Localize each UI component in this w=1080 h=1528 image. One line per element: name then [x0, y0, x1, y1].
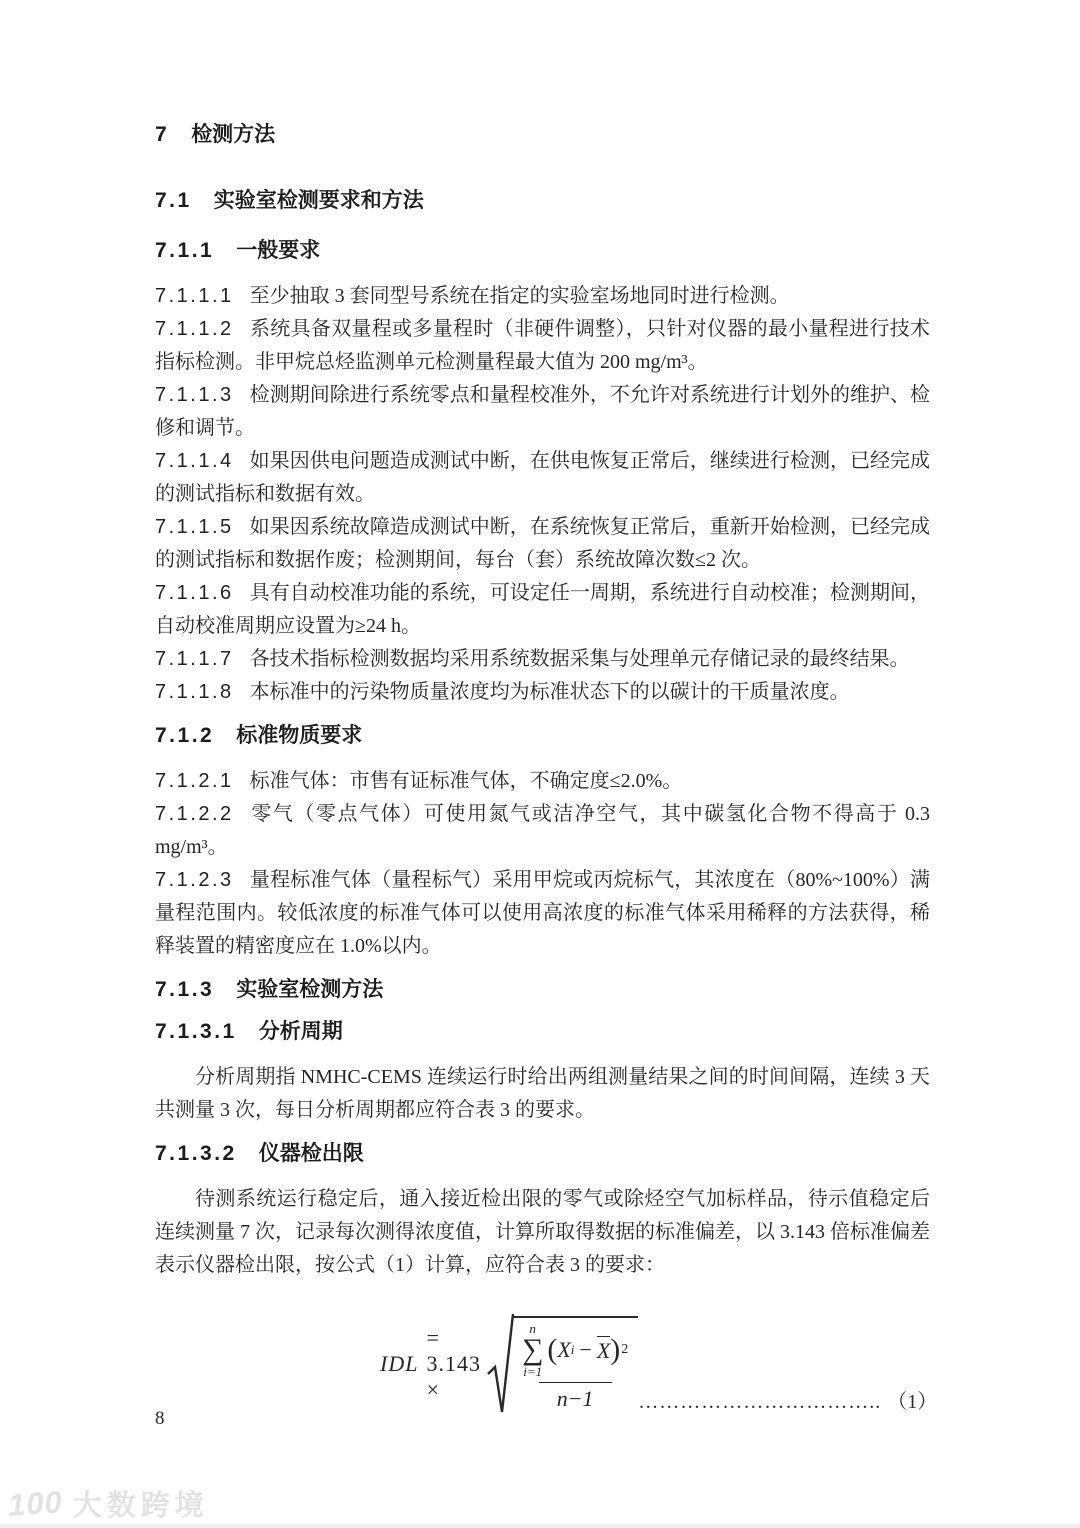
section-heading-7-1-3-2: 7.1.3.2仪器检出限: [155, 1141, 930, 1167]
heading-number: 7.1.2: [155, 724, 214, 747]
heading-title: 实验室检测方法: [236, 978, 383, 1001]
dot-leader: ……………………………..: [638, 1388, 881, 1416]
clause-text: 检测期间除进行系统零点和量程校准外，不允许对系统进行计划外的维护、检修和调节。: [155, 384, 930, 439]
clause-number: 7.1.1.1: [155, 285, 234, 307]
clause-text: 如果因供电问题造成测试中断，在供电恢复正常后，继续进行检测，已经完成的测试指标和…: [155, 450, 930, 505]
idl-formula: IDL = 3.143 × n ∑ i=1 (Xi−X)2: [380, 1312, 638, 1416]
section-heading-7: 7检测方法: [155, 122, 930, 148]
clause-number: 7.1.2.1: [155, 770, 234, 792]
clause-text: 本标准中的污染物质量浓度均为标准状态下的以碳计的干质量浓度。: [250, 681, 850, 703]
section-heading-7-1-2: 7.1.2标准物质要求: [155, 723, 930, 749]
clause-7-1-1-6: 7.1.1.6具有自动校准功能的系统，可设定任一周期，系统进行自动校准；检测期间…: [155, 577, 930, 643]
clause-text: 各技术指标检测数据均采用系统数据采集与处理单元存储记录的最终结果。: [250, 648, 910, 670]
exponent-2: 2: [621, 1342, 628, 1358]
clause-number: 7.1.1.5: [155, 516, 234, 538]
document-content: 7检测方法 7.1实验室检测要求和方法 7.1.1一般要求 7.1.1.1至少抽…: [155, 122, 930, 1416]
clause-7-1-2-3: 7.1.2.3量程标准气体（量程标气）采用甲烷或丙烷标气，其浓度在（80%~10…: [155, 864, 930, 963]
watermark-text: 大数跨境: [73, 1483, 209, 1524]
watermark: 100 大数跨境: [8, 1483, 209, 1524]
clause-7-1-1-1: 7.1.1.1至少抽取 3 套同型号系统在指定的实验室场地同时进行检测。: [155, 280, 930, 313]
fraction-denominator: n−1: [539, 1382, 612, 1412]
clause-7-1-2-2: 7.1.2.2零气（零点气体）可使用氮气或洁净空气，其中碳氢化合物不得高于 0.…: [155, 798, 930, 864]
heading-title: 一般要求: [236, 239, 320, 262]
heading-number: 7.1.3: [155, 978, 214, 1001]
paragraph-text: 待测系统运行稳定后，通入接近检出限的零气或除烃空气加标样品，待示值稳定后连续测量…: [155, 1188, 930, 1276]
section-heading-7-1: 7.1实验室检测要求和方法: [155, 188, 930, 214]
heading-number: 7.1.1: [155, 239, 214, 262]
section-heading-7-1-1: 7.1.1一般要求: [155, 238, 930, 264]
clause-text: 具有自动校准功能的系统，可设定任一周期，系统进行自动校准；检测期间，自动校准周期…: [155, 582, 930, 637]
formula-lhs: IDL: [380, 1351, 418, 1377]
clause-7-1-1-5: 7.1.1.5如果因系统故障造成测试中断，在系统恢复正常后，重新开始检测，已经完…: [155, 511, 930, 577]
clause-number: 7.1.1.3: [155, 384, 234, 406]
clause-7-1-1-4: 7.1.1.4如果因供电问题造成测试中断，在供电恢复正常后，继续进行检测，已经完…: [155, 445, 930, 511]
equation-1-row: IDL = 3.143 × n ∑ i=1 (Xi−X)2: [155, 1298, 930, 1416]
heading-title: 检测方法: [191, 123, 275, 146]
fraction-numerator: n ∑ i=1 (Xi−X)2: [522, 1322, 628, 1379]
clause-number: 7.1.2.3: [155, 869, 234, 891]
sum-lower-limit: i=1: [523, 1365, 542, 1378]
summation: n ∑ i=1: [522, 1322, 543, 1379]
clause-number: 7.1.1.6: [155, 582, 234, 604]
paragraph-text: 分析周期指 NMHC-CEMS 连续运行时给出两组测量结果之间的时间间隔，连续 …: [155, 1066, 930, 1121]
subscript-i: i: [571, 1342, 575, 1358]
sigma-icon: ∑: [522, 1336, 543, 1365]
heading-number: 7.1: [155, 189, 192, 212]
clause-number: 7.1.1.2: [155, 318, 234, 340]
minus-sign: −: [579, 1337, 591, 1363]
mean-x-bar: X: [597, 1336, 610, 1364]
heading-title: 实验室检测要求和方法: [214, 189, 424, 212]
clause-text: 标准气体：市售有证标准气体，不确定度≤2.0%。: [250, 770, 683, 792]
radical-sign-icon: [487, 1312, 514, 1416]
clause-7-1-1-3: 7.1.1.3检测期间除进行系统零点和量程校准外，不允许对系统进行计划外的维护、…: [155, 379, 930, 445]
section-heading-7-1-3-1: 7.1.3.1分析周期: [155, 1019, 930, 1045]
formula-equals: = 3.143 ×: [426, 1325, 481, 1403]
clause-7-1-1-7: 7.1.1.7各技术指标检测数据均采用系统数据采集与处理单元存储记录的最终结果。: [155, 643, 930, 676]
clause-text: 零气（零点气体）可使用氮气或洁净空气，其中碳氢化合物不得高于 0.3 mg/m³…: [155, 803, 930, 858]
clause-text: 至少抽取 3 套同型号系统在指定的实验室场地同时进行检测。: [250, 285, 790, 307]
clause-number: 7.1.1.4: [155, 450, 234, 472]
open-paren: (: [547, 1335, 557, 1365]
clause-number: 7.1.2.2: [155, 803, 234, 825]
paragraph-detection-limit: 待测系统运行稳定后，通入接近检出限的零气或除烃空气加标样品，待示值稳定后连续测量…: [155, 1183, 930, 1282]
equation-number: （1）: [887, 1388, 937, 1416]
close-paren: ): [610, 1335, 620, 1365]
clause-7-1-1-8: 7.1.1.8本标准中的污染物质量浓度均为标准状态下的以碳计的干质量浓度。: [155, 676, 930, 709]
clause-text: 系统具备双量程或多量程时（非硬件调整），只针对仪器的最小量程进行技术指标检测。非…: [155, 318, 930, 373]
radicand: n ∑ i=1 (Xi−X)2 n−1: [512, 1316, 638, 1413]
variable-x: X: [557, 1337, 570, 1363]
paragraph-analysis-cycle: 分析周期指 NMHC-CEMS 连续运行时给出两组测量结果之间的时间间隔，连续 …: [155, 1061, 930, 1127]
heading-title: 标准物质要求: [236, 724, 362, 747]
clause-text: 如果因系统故障造成测试中断，在系统恢复正常后，重新开始检测，已经完成的测试指标和…: [155, 516, 930, 571]
clause-text: 量程标准气体（量程标气）采用甲烷或丙烷标气，其浓度在（80%~100%）满量程范…: [155, 869, 930, 957]
clause-7-1-2-1: 7.1.2.1标准气体：市售有证标准气体，不确定度≤2.0%。: [155, 765, 930, 798]
heading-number: 7.1.3.2: [155, 1142, 237, 1165]
clause-7-1-1-2: 7.1.1.2系统具备双量程或多量程时（非硬件调整），只针对仪器的最小量程进行技…: [155, 313, 930, 379]
squared-deviation-term: (Xi−X)2: [547, 1335, 628, 1365]
clause-number: 7.1.1.8: [155, 681, 234, 703]
heading-number: 7.1.3.1: [155, 1020, 237, 1043]
watermark-logo-icon: 100: [7, 1484, 64, 1524]
standard-document-page: 7检测方法 7.1实验室检测要求和方法 7.1.1一般要求 7.1.1.1至少抽…: [0, 0, 1080, 1528]
clause-number: 7.1.1.7: [155, 648, 234, 670]
heading-title: 仪器检出限: [259, 1142, 364, 1165]
section-heading-7-1-3: 7.1.3实验室检测方法: [155, 977, 930, 1003]
heading-title: 分析周期: [259, 1020, 343, 1043]
heading-number: 7: [155, 123, 169, 146]
page-bottom-edge: [0, 1524, 1080, 1528]
page-number: 8: [155, 1408, 165, 1430]
